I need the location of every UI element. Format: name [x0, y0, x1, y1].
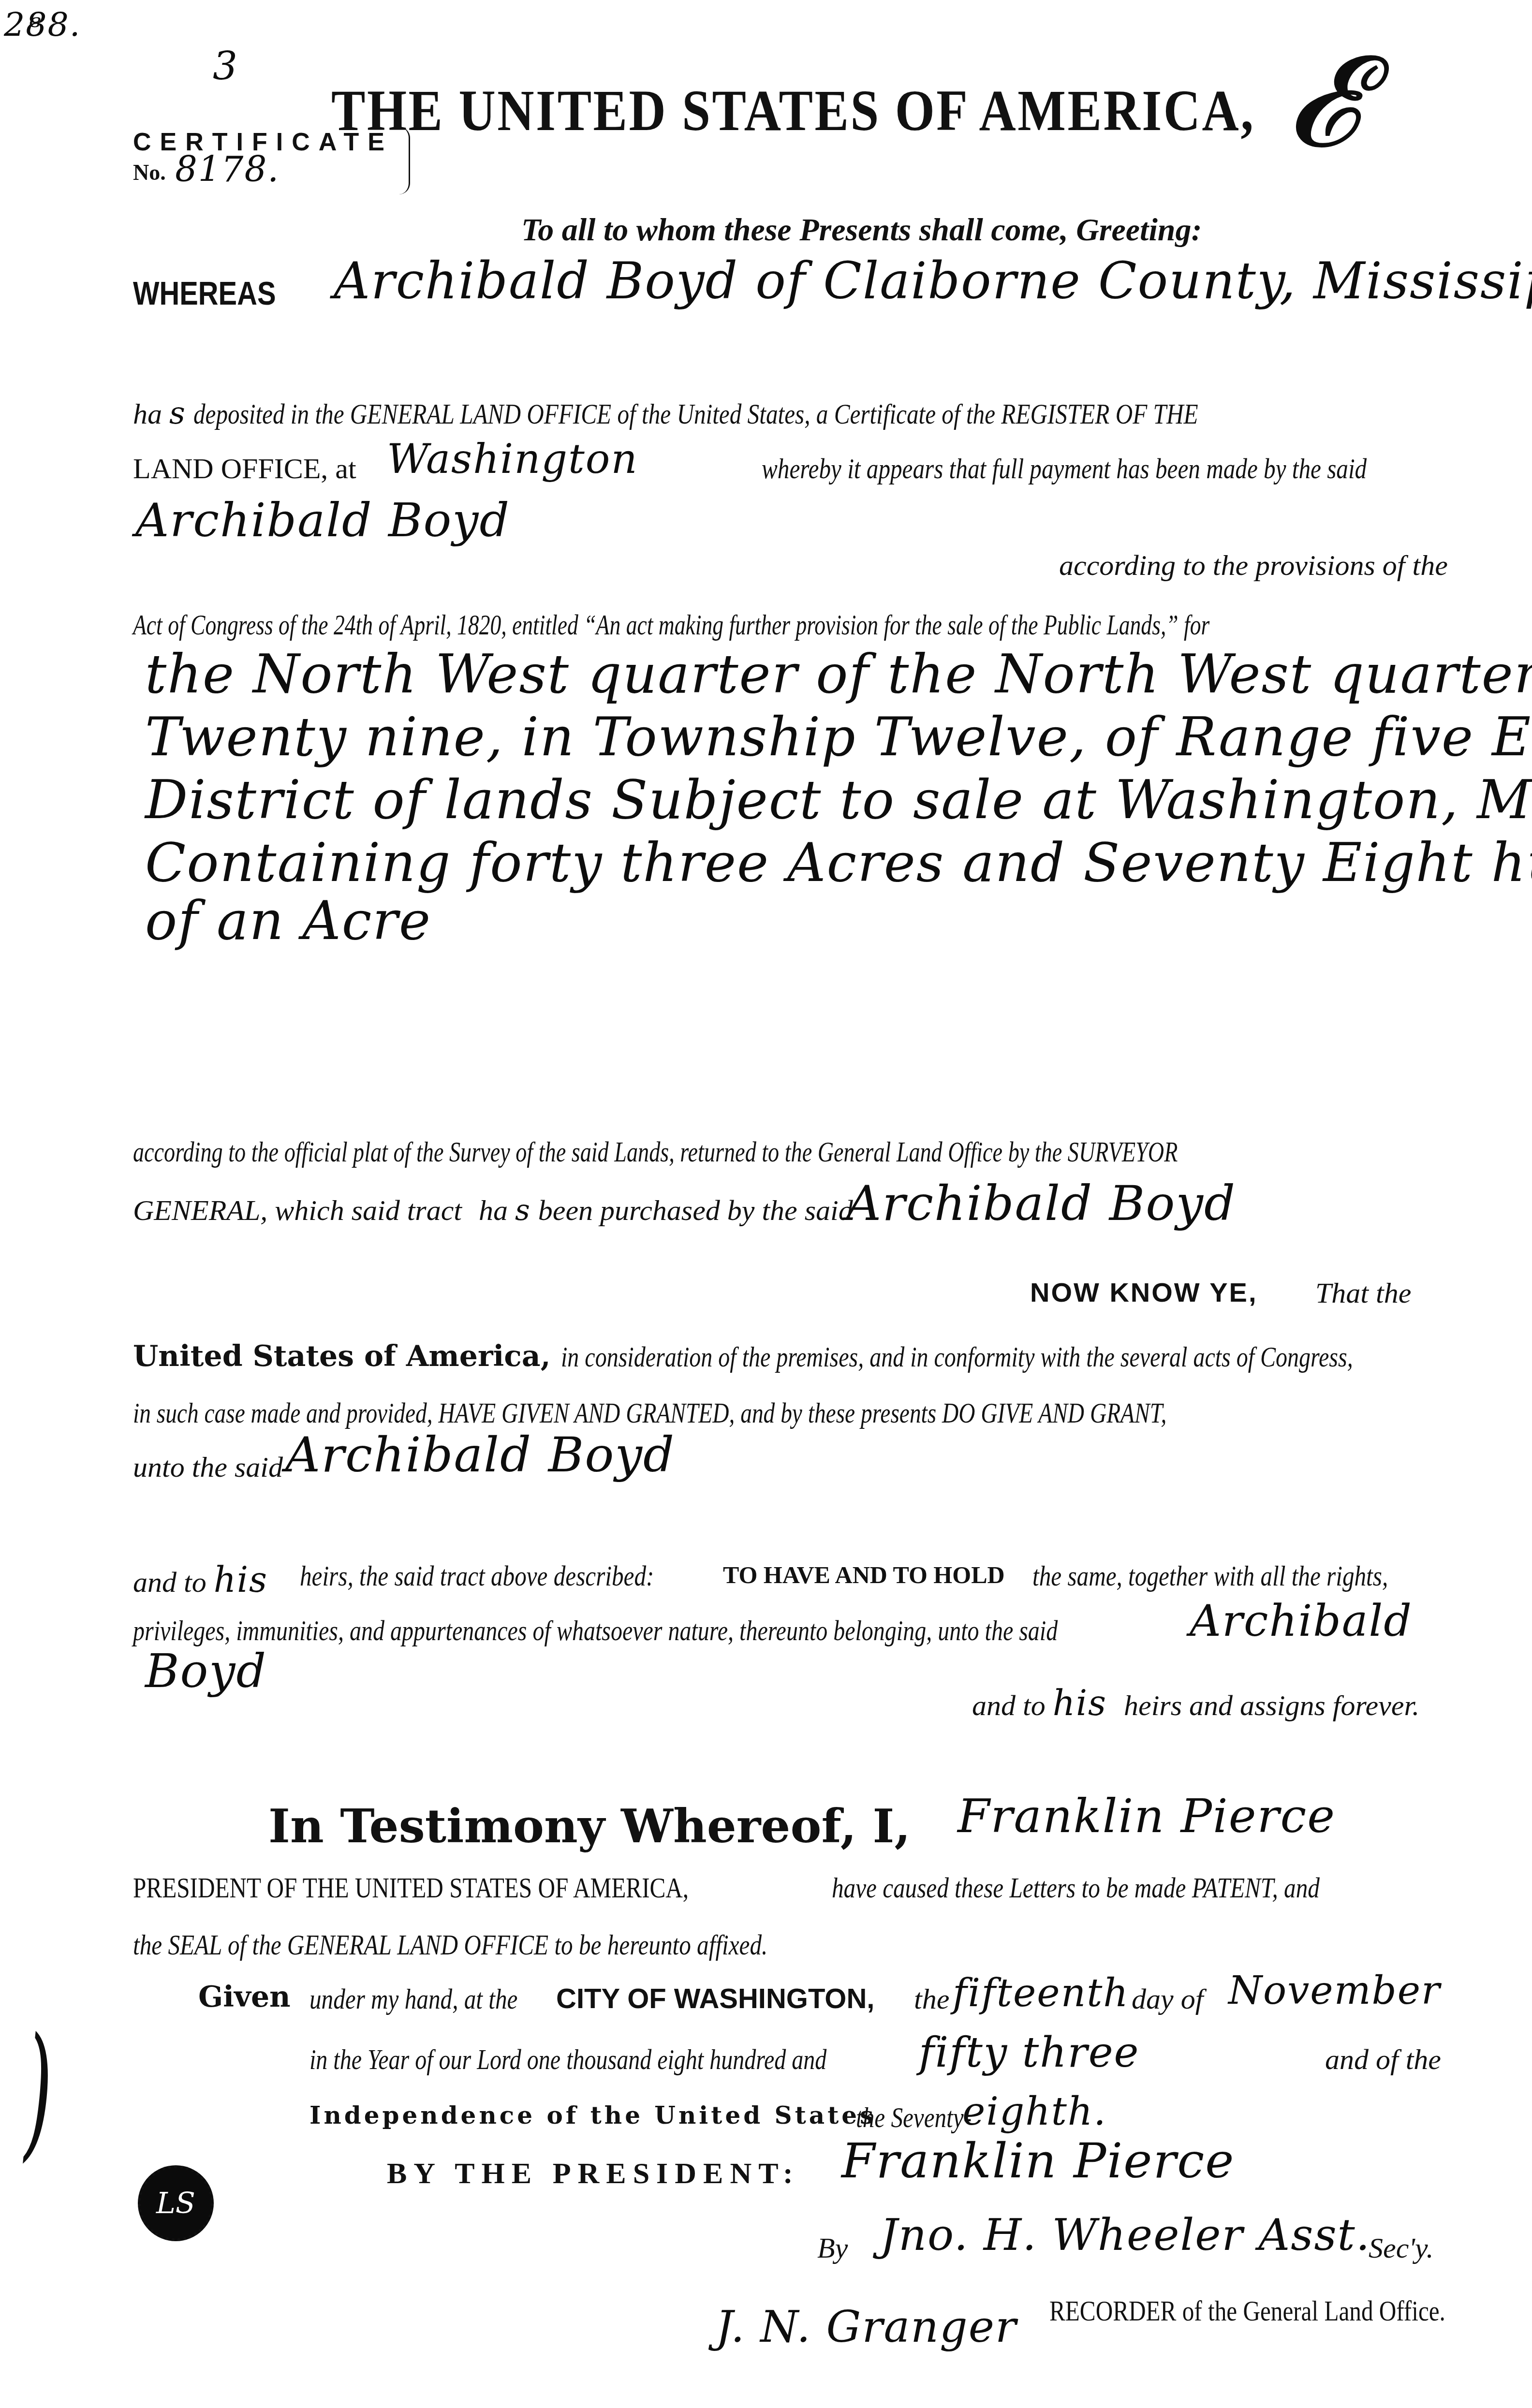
deposit-text: deposited in the GENERAL LAND OFFICE of … [193, 397, 1198, 431]
margin-bracket-left: ) [24, 2007, 53, 2175]
seventy-ordinal-handwritten: eighth. [962, 2089, 1107, 2134]
his-handwritten: his [214, 1559, 268, 1600]
given-blackletter: Given [198, 1980, 291, 2014]
payer-name-handwritten: Archibald Boyd [135, 493, 510, 547]
land-description-line-2: Twenty nine, in Township Twelve, of Rang… [145, 706, 1532, 768]
testimony-line-2: PRESIDENT OF THE UNITED STATES OF AMERIC… [133, 1871, 810, 1905]
certificate-number: 8178. [175, 149, 280, 190]
land-office-place-handwritten: Washington [387, 435, 638, 483]
to-have-and-to-hold: TO HAVE AND TO HOLD [723, 1561, 1005, 1589]
consideration-text: in consideration of the premises, and in… [561, 1340, 1353, 1374]
year-of-our-lord: in the Year of our Lord one thousand eig… [309, 2043, 826, 2076]
survey-line-2: GENERAL, which said tract ha s been purc… [133, 1193, 853, 1227]
general-which-said-tract: GENERAL, which said tract [133, 1194, 462, 1226]
margin-mark-three: 3 [213, 44, 238, 88]
document-title: THE UNITED STATES OF AMERICA, [331, 77, 1255, 144]
land-description-line-3: District of lands Subject to sale at Was… [145, 769, 1532, 831]
day-of: day of [1132, 1982, 1203, 2016]
page-number-note: 288. [4, 6, 81, 44]
habendum-line-4: and to his heirs and assigns forever. [972, 1683, 1419, 1723]
testimony-heading: In Testimony Whereof, I, [268, 1799, 911, 1853]
full-payment-text: whereby it appears that full payment has… [762, 452, 1367, 485]
the-seventy: the Seventy- [856, 2101, 972, 2134]
and-to: and to [133, 1566, 206, 1598]
purchaser-name-handwritten: Archibald Boyd [846, 1175, 1236, 1232]
recorder-signature: J. N. Granger [716, 2302, 1017, 2352]
that-the: That the [1315, 1277, 1411, 1310]
recorder-title: RECORDER of the General Land Office. [1049, 2294, 1445, 2328]
given-the: the [914, 1982, 949, 2016]
survey-line-1: according to the official plat of the Su… [133, 1135, 1178, 1169]
secretary-signature: Jno. H. Wheeler Asst. [880, 2210, 1370, 2261]
unto-the-said: unto the said [133, 1451, 283, 1484]
under-my-hand: under my hand, at the [309, 1982, 517, 2016]
margin-mark-right: 𝓔 [1286, 29, 1359, 176]
provisions-text: according to the provisions of the [1059, 549, 1448, 582]
president-signature: Franklin Pierce [841, 2132, 1235, 2189]
whereas-label: WHEREAS [133, 275, 276, 312]
month-handwritten: November [1228, 1968, 1441, 2013]
habendum-mid: heirs, the said tract above described: [300, 1559, 654, 1593]
given-and-granted-text: in such case made and provided, HAVE GIV… [133, 1396, 1166, 1430]
deposit-ha: ha [133, 398, 162, 430]
land-description-line-1: the North West quarter of the North West… [145, 643, 1532, 705]
habendum-line-1: and to his [133, 1559, 268, 1600]
now-know-ye: NOW KNOW YE, [1030, 1277, 1258, 1308]
land-description-line-4: Containing forty three Acres and Seventy… [145, 832, 1532, 894]
seal-affixed-text: the SEAL of the GENERAL LAND OFFICE to b… [133, 1928, 767, 1962]
survey-ha: ha [479, 1194, 508, 1226]
heirs-and-assigns: heirs and assigns forever. [1124, 1689, 1419, 1721]
deposit-line-2: LAND OFFICE, at [133, 452, 356, 485]
and-to-2: and to [972, 1689, 1046, 1721]
land-description-line-5: of an Acre [145, 890, 431, 952]
habendum-name-first-handwritten: Archibald [1190, 1596, 1413, 1646]
and-of-the: and of the [1325, 2043, 1441, 2076]
usa-blackletter: United States of America, [133, 1339, 551, 1373]
city-of-washington: CITY OF WASHINGTON, [556, 1982, 874, 2015]
grantee-name-handwritten: Archibald Boyd [285, 1426, 675, 1483]
by-the-president: BY THE PRESIDENT: [387, 2157, 800, 2191]
secretary-title: Sec'y. [1369, 2232, 1433, 2265]
year-handwritten: fifty three [919, 2028, 1140, 2077]
purchased-by-text: been purchased by the said [538, 1194, 853, 1226]
seal-monogram: LS [156, 2187, 195, 2220]
deposit-s-handwritten: s [169, 396, 186, 431]
by-label: By [817, 2232, 848, 2265]
survey-s-handwritten: s [515, 1193, 531, 1227]
margin-mark-small: ɞ [29, 10, 42, 32]
habendum-name-last-handwritten: Boyd [145, 1644, 267, 1698]
certificate-no-label: No. [133, 160, 166, 185]
certificate-brace [399, 127, 410, 194]
independence-blackletter: Independence of the United States [309, 2101, 876, 2129]
general-land-office-seal-icon: LS [138, 2165, 214, 2241]
testimony-president-handwritten: Franklin Pierce [957, 1789, 1336, 1843]
day-handwritten: fifteenth [953, 1970, 1129, 2015]
land-office-at: LAND OFFICE, at [133, 453, 356, 485]
his-handwritten-2: his [1053, 1683, 1107, 1723]
act-of-congress-text: Act of Congress of the 24th of April, 18… [133, 608, 1209, 642]
grantee-handwritten: Archibald Boyd of Claiborne County, Miss… [334, 251, 1532, 310]
letters-patent-text: have caused these Letters to be made PAT… [832, 1871, 1320, 1905]
greeting: To all to whom these Presents shall come… [521, 212, 1202, 249]
president-of-usa: PRESIDENT OF THE UNITED STATES OF AMERIC… [133, 1871, 689, 1905]
habendum-suffix: the same, together with all the rights, [1032, 1559, 1388, 1593]
deposit-line-1: ha s deposited in the GENERAL LAND OFFIC… [133, 396, 1418, 431]
privileges-text: privileges, immunities, and appurtenance… [133, 1614, 1058, 1647]
